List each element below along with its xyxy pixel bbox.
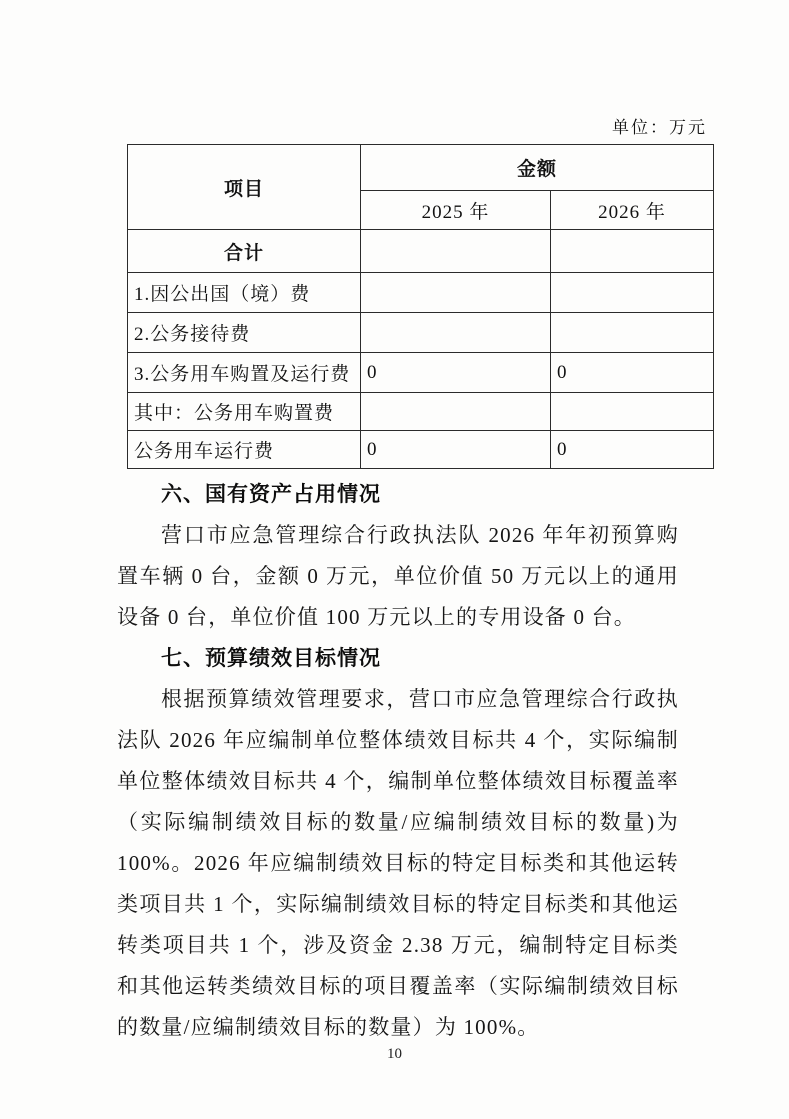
cell-reception-2025 — [361, 313, 551, 353]
row-label-vehicle-operation-fee: 公务用车运行费 — [128, 431, 361, 469]
cell-vehicle-total-2026: 0 — [551, 353, 714, 393]
paragraph-performance-targets: 根据预算绩效管理要求，营口市应急管理综合行政执法队 2026 年应编制单位整体绩… — [117, 679, 679, 1048]
table-row-vehicle-purchase-fee: 其中：公务用车购置费 — [128, 393, 714, 431]
cell-vehicle-purchase-2025 — [361, 393, 551, 431]
column-header-2026: 2026 年 — [551, 191, 714, 230]
cell-vehicle-purchase-2026 — [551, 393, 714, 431]
cell-vehicle-total-2025: 0 — [361, 353, 551, 393]
row-label-abroad-fee: 1.因公出国（境）费 — [128, 273, 361, 313]
cell-total-2026 — [551, 230, 714, 273]
table-row-abroad-fee: 1.因公出国（境）费 — [128, 273, 714, 313]
table-header-row-1: 项目 金额 — [128, 145, 714, 191]
table-row-total: 合计 — [128, 230, 714, 273]
table-row-vehicle-total-fee: 3.公务用车购置及运行费 0 0 — [128, 353, 714, 393]
row-label-reception-fee: 2.公务接待费 — [128, 313, 361, 353]
row-label-vehicle-purchase-fee: 其中：公务用车购置费 — [128, 393, 361, 431]
column-header-item: 项目 — [128, 145, 361, 230]
cell-vehicle-operation-2026: 0 — [551, 431, 714, 469]
column-header-2025: 2025 年 — [361, 191, 551, 230]
three-public-expense-table: 项目 金额 2025 年 2026 年 合计 1.因公出国（境）费 2.公务接待… — [127, 144, 714, 469]
column-header-amount: 金额 — [361, 145, 714, 191]
unit-label: 单位：万元 — [612, 113, 707, 138]
section-heading-performance-targets: 七、预算绩效目标情况 — [117, 638, 679, 679]
cell-abroad-2025 — [361, 273, 551, 313]
document-body: 六、国有资产占用情况 营口市应急管理综合行政执法队 2026 年年初预算购置车辆… — [117, 474, 679, 1048]
page-number: 10 — [0, 1046, 789, 1063]
paragraph-state-assets: 营口市应急管理综合行政执法队 2026 年年初预算购置车辆 0 台，金额 0 万… — [117, 515, 679, 638]
cell-reception-2026 — [551, 313, 714, 353]
cell-abroad-2026 — [551, 273, 714, 313]
cell-total-2025 — [361, 230, 551, 273]
document-page: 单位：万元 项目 金额 2025 年 2026 年 合计 1.因公出国（境）费 — [0, 0, 789, 1119]
cell-vehicle-operation-2025: 0 — [361, 431, 551, 469]
row-label-vehicle-total-fee: 3.公务用车购置及运行费 — [128, 353, 361, 393]
table-row-vehicle-operation-fee: 公务用车运行费 0 0 — [128, 431, 714, 469]
table-row-reception-fee: 2.公务接待费 — [128, 313, 714, 353]
section-heading-state-assets: 六、国有资产占用情况 — [117, 474, 679, 515]
row-label-total: 合计 — [128, 230, 361, 273]
